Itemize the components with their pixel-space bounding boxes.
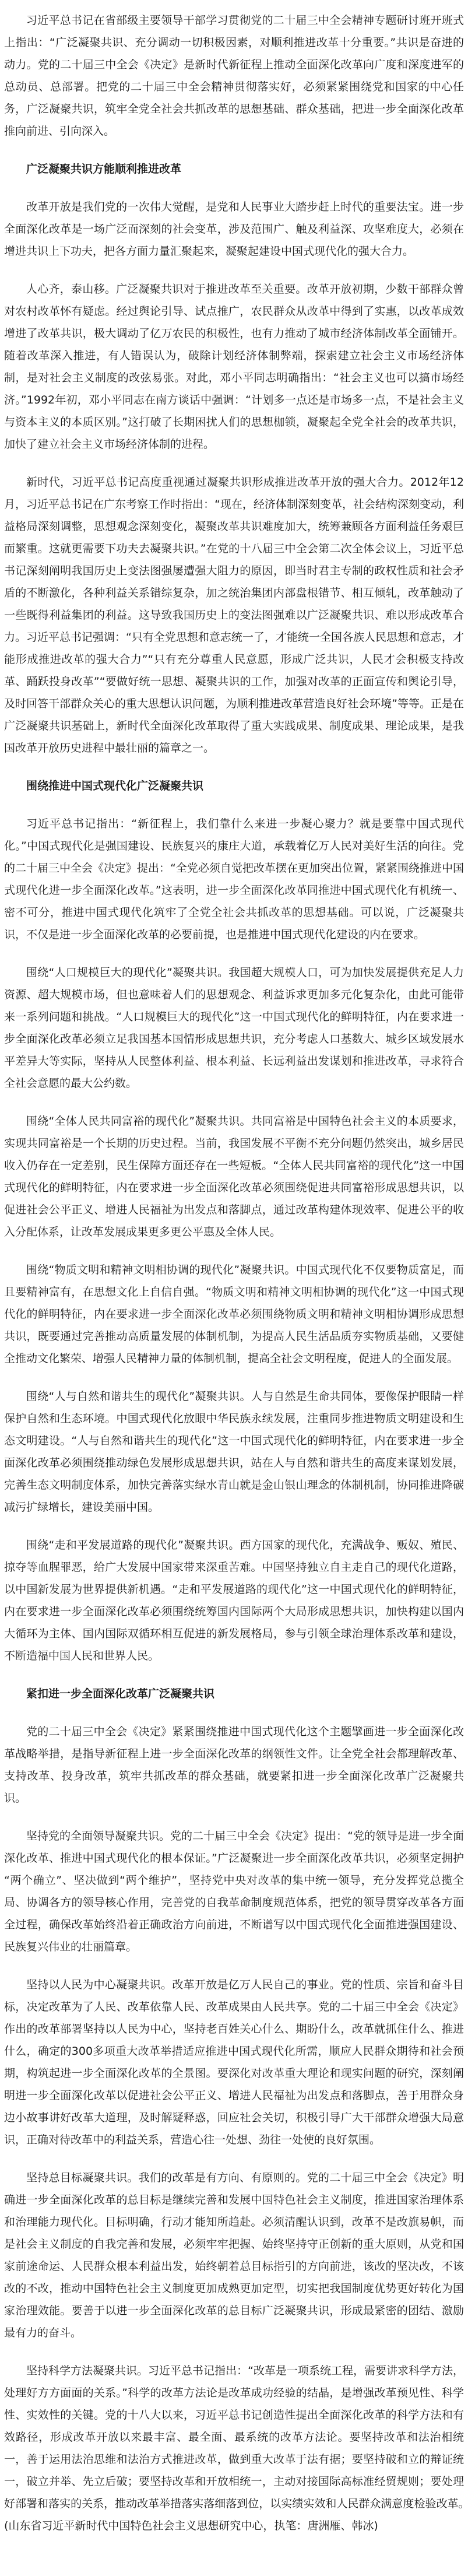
paragraph-intro: 习近平总书记在省部级主要领导干部学习贯彻党的二十届三中全会精神专题研讨班开班式上… bbox=[4, 9, 464, 142]
paragraph-overall-goal: 坚持总目标凝聚共识。我们的改革是有方向、有原则的。党的二十届三中全会《决定》明确… bbox=[4, 2167, 464, 2344]
paragraph-peaceful-development: 围绕“走和平发展道路的现代化”凝聚共识。西方国家的现代化，充满战争、贩奴、殖民、… bbox=[4, 1534, 464, 1667]
paragraph-early-reform-history: 人心齐，泰山移。广泛凝聚共识对于推进改革至关重要。改革开放初期，少数干部群众曾对… bbox=[4, 278, 464, 455]
paragraph-material-spiritual: 围绕“物质文明和精神文明相协调的现代化”凝聚共识。中国式现代化不仅要物质富足，而… bbox=[4, 1259, 464, 1370]
paragraph-decision-document: 党的二十届三中全会《决定》紧紧围绕推进中国式现代化这个主题擘画进一步全面深化改革… bbox=[4, 1721, 464, 1809]
section-heading-3: 紧扣进一步全面深化改革广泛凝聚共识 bbox=[4, 1683, 464, 1705]
paragraph-chinese-modernization: 习近平总书记指出：“新征程上，我们靠什么来进一步凝心聚力？就是要靠中国式现代化。… bbox=[4, 813, 464, 946]
paragraph-huge-population: 围绕“人口规模巨大的现代化”凝聚共识。我国超大规模人口，可为加快发展提供充足人力… bbox=[4, 961, 464, 1094]
paragraph-new-era-consensus: 新时代，习近平总书记高度重视通过凝聚共识形成推进改革开放的强大合力。2012年1… bbox=[4, 471, 464, 759]
article-document: 习近平总书记在省部级主要领导干部学习贯彻党的二十届三中全会精神专题研讨班开班式上… bbox=[0, 0, 468, 2576]
section-heading-1: 广泛凝聚共识方能顺利推进改革 bbox=[4, 158, 464, 180]
paragraph-common-prosperity: 围绕“全体人民共同富裕的现代化”凝聚共识。共同富裕是中国特色社会主义的本质要求，… bbox=[4, 1110, 464, 1243]
paragraph-people-centered: 坚持以人民为中心凝聚共识。改革开放是亿万人民自己的事业。党的性质、宗旨和奋斗目标… bbox=[4, 1974, 464, 2151]
paragraph-scientific-method: 坚持科学方法凝聚共识。习近平总书记指出：“改革是一项系统工程，需要讲求科学方法，… bbox=[4, 2360, 464, 2537]
section-heading-2: 围绕推进中国式现代化广泛凝聚共识 bbox=[4, 775, 464, 797]
paragraph-party-leadership: 坚持党的全面领导凝聚共识。党的二十届三中全会《决定》提出：“党的领导是进一步全面… bbox=[4, 1825, 464, 1958]
paragraph-reform-awakening: 改革开放是我们党的一次伟大觉醒，是党和人民事业大踏步赶上时代的重要法宝。进一步全… bbox=[4, 196, 464, 262]
paragraph-harmony-with-nature: 围绕“人与自然和谐共生的现代化”凝聚共识。人与自然是生命共同体，要像保护眼睛一样… bbox=[4, 1385, 464, 1518]
